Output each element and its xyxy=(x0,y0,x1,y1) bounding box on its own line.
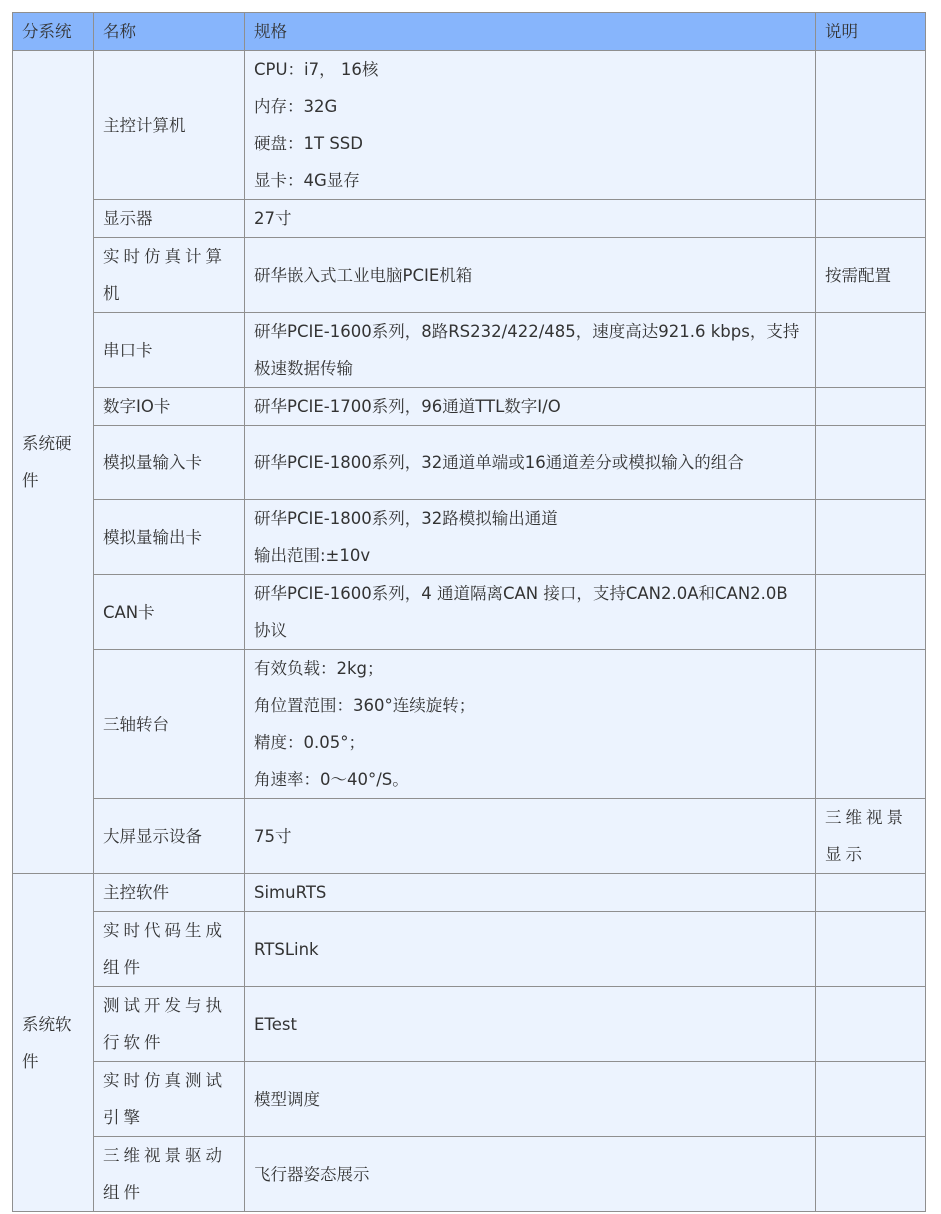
name-cell: 实时代码生成组件 xyxy=(94,912,245,987)
table-row: 模拟量输出卡 研华PCIE-1800系列，32路模拟输出通道 输出范围:±10v xyxy=(13,500,926,575)
spec-cell: 研华PCIE-1600系列，8路RS232/422/485，速度高达921.6 … xyxy=(245,313,816,388)
spec-cell: ETest xyxy=(245,987,816,1062)
table-row: 实时仿真测试引擎 模型调度 xyxy=(13,1062,926,1137)
table-row: 三维视景驱动组件 飞行器姿态展示 xyxy=(13,1137,926,1212)
spec-cell: RTSLink xyxy=(245,912,816,987)
table-row: 大屏显示设备 75寸 三维视景显示 xyxy=(13,799,926,874)
table-row: 显示器 27寸 xyxy=(13,200,926,238)
spec-line: 内存：32G xyxy=(254,88,806,125)
note-cell xyxy=(816,650,926,799)
group-cell-software: 系统软件 xyxy=(13,874,94,1212)
spec-table: 分系统 名称 规格 说明 系统硬件 主控计算机 CPU：i7， 16核 内存：3… xyxy=(12,12,926,1212)
table-row: 系统软件 主控软件 SimuRTS xyxy=(13,874,926,912)
group-cell-hardware: 系统硬件 xyxy=(13,51,94,874)
name-cell: 主控计算机 xyxy=(94,51,245,200)
note-cell xyxy=(816,500,926,575)
note-cell: 按需配置 xyxy=(816,238,926,313)
spec-line: 角速率：0～40°/S。 xyxy=(254,761,806,798)
name-cell: 测试开发与执行软件 xyxy=(94,987,245,1062)
spec-cell: 研华嵌入式工业电脑PCIE机箱 xyxy=(245,238,816,313)
spec-cell: CPU：i7， 16核 内存：32G 硬盘：1T SSD 显卡：4G显存 xyxy=(245,51,816,200)
spec-cell: 模型调度 xyxy=(245,1062,816,1137)
spec-line: 输出范围:±10v xyxy=(254,537,806,574)
name-cell: 实时仿真测试引擎 xyxy=(94,1062,245,1137)
header-subsystem: 分系统 xyxy=(13,13,94,51)
spec-cell: 研华PCIE-1600系列，4 通道隔离CAN 接口，支持CAN2.0A和CAN… xyxy=(245,575,816,650)
spec-line: 角位置范围：360°连续旋转； xyxy=(254,687,806,724)
table-row: 系统硬件 主控计算机 CPU：i7， 16核 内存：32G 硬盘：1T SSD … xyxy=(13,51,926,200)
spec-cell: 研华PCIE-1800系列，32路模拟输出通道 输出范围:±10v xyxy=(245,500,816,575)
name-cell: CAN卡 xyxy=(94,575,245,650)
table-row: 三轴转台 有效负载：2kg； 角位置范围：360°连续旋转； 精度：0.05°；… xyxy=(13,650,926,799)
header-note: 说明 xyxy=(816,13,926,51)
spec-cell: 75寸 xyxy=(245,799,816,874)
note-cell xyxy=(816,313,926,388)
note-cell xyxy=(816,987,926,1062)
note-cell xyxy=(816,51,926,200)
note-cell xyxy=(816,388,926,426)
note-cell xyxy=(816,1137,926,1212)
header-row: 分系统 名称 规格 说明 xyxy=(13,13,926,51)
spec-cell: 飞行器姿态展示 xyxy=(245,1137,816,1212)
table-row: 串口卡 研华PCIE-1600系列，8路RS232/422/485，速度高达92… xyxy=(13,313,926,388)
spec-line: CPU：i7， 16核 xyxy=(254,51,806,88)
note-cell xyxy=(816,874,926,912)
table-row: 测试开发与执行软件 ETest xyxy=(13,987,926,1062)
spec-line: 有效负载：2kg； xyxy=(254,650,806,687)
spec-line: 研华PCIE-1800系列，32路模拟输出通道 xyxy=(254,500,806,537)
name-cell: 模拟量输出卡 xyxy=(94,500,245,575)
note-cell xyxy=(816,426,926,500)
spec-cell: 27寸 xyxy=(245,200,816,238)
name-cell: 串口卡 xyxy=(94,313,245,388)
header-spec: 规格 xyxy=(245,13,816,51)
table-row: 实时仿真计算机 研华嵌入式工业电脑PCIE机箱 按需配置 xyxy=(13,238,926,313)
table-row: 模拟量输入卡 研华PCIE-1800系列，32通道单端或16通道差分或模拟输入的… xyxy=(13,426,926,500)
note-cell: 三维视景显示 xyxy=(816,799,926,874)
header-name: 名称 xyxy=(94,13,245,51)
note-cell xyxy=(816,1062,926,1137)
note-cell xyxy=(816,200,926,238)
name-cell: 大屏显示设备 xyxy=(94,799,245,874)
spec-cell: 研华PCIE-1800系列，32通道单端或16通道差分或模拟输入的组合 xyxy=(245,426,816,500)
name-cell: 显示器 xyxy=(94,200,245,238)
table-row: 数字IO卡 研华PCIE-1700系列，96通道TTL数字I/O xyxy=(13,388,926,426)
table-row: 实时代码生成组件 RTSLink xyxy=(13,912,926,987)
spec-line: 显卡：4G显存 xyxy=(254,162,806,199)
spec-cell: 有效负载：2kg； 角位置范围：360°连续旋转； 精度：0.05°； 角速率：… xyxy=(245,650,816,799)
spec-line: 硬盘：1T SSD xyxy=(254,125,806,162)
name-cell: 模拟量输入卡 xyxy=(94,426,245,500)
name-cell: 三轴转台 xyxy=(94,650,245,799)
name-cell: 数字IO卡 xyxy=(94,388,245,426)
note-cell xyxy=(816,912,926,987)
table-row: CAN卡 研华PCIE-1600系列，4 通道隔离CAN 接口，支持CAN2.0… xyxy=(13,575,926,650)
name-cell: 主控软件 xyxy=(94,874,245,912)
note-cell xyxy=(816,575,926,650)
name-cell: 实时仿真计算机 xyxy=(94,238,245,313)
spec-cell: SimuRTS xyxy=(245,874,816,912)
name-cell: 三维视景驱动组件 xyxy=(94,1137,245,1212)
spec-cell: 研华PCIE-1700系列，96通道TTL数字I/O xyxy=(245,388,816,426)
spec-line: 精度：0.05°； xyxy=(254,724,806,761)
